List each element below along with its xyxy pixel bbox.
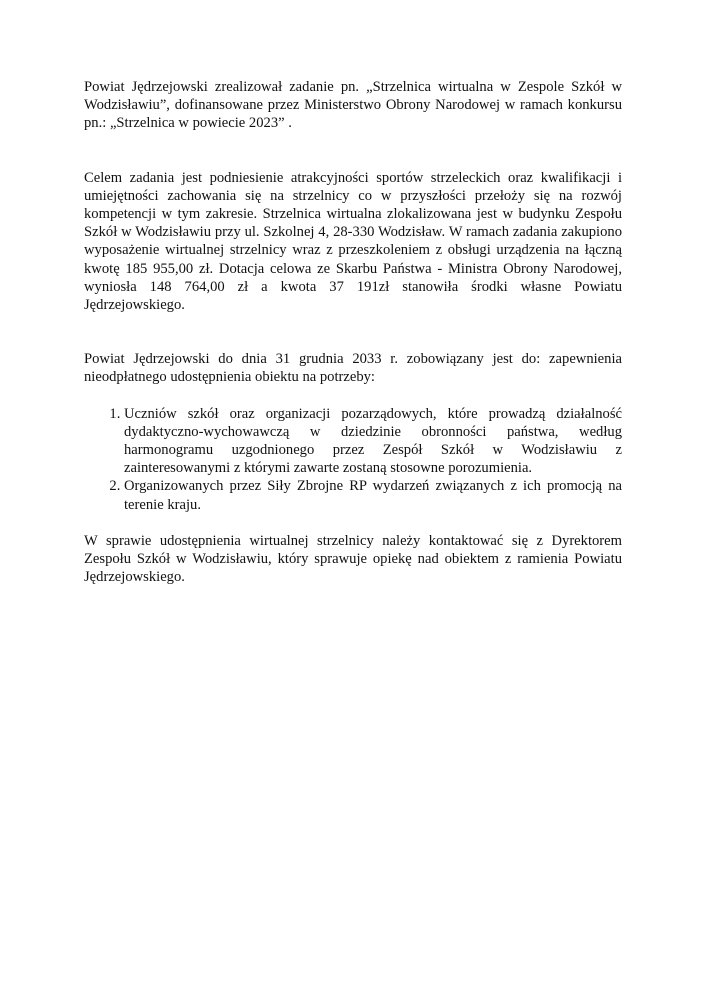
paragraph-contact: W sprawie udostępnienia wirtualnej strze… [84, 532, 622, 587]
list-item: Organizowanych przez Siły Zbrojne RP wyd… [124, 477, 622, 513]
list-item: Uczniów szkół oraz organizacji pozarządo… [124, 405, 622, 478]
obligation-list: Uczniów szkół oraz organizacji pozarządo… [84, 405, 622, 514]
paragraph-obligation: Powiat Jędrzejowski do dnia 31 grudnia 2… [84, 350, 622, 386]
paragraph-project-goal: Celem zadania jest podniesienie atrakcyj… [84, 169, 622, 315]
paragraph-project-summary: Powiat Jędrzejowski zrealizował zadanie … [84, 78, 622, 133]
document-page: Powiat Jędrzejowski zrealizował zadanie … [84, 78, 622, 586]
